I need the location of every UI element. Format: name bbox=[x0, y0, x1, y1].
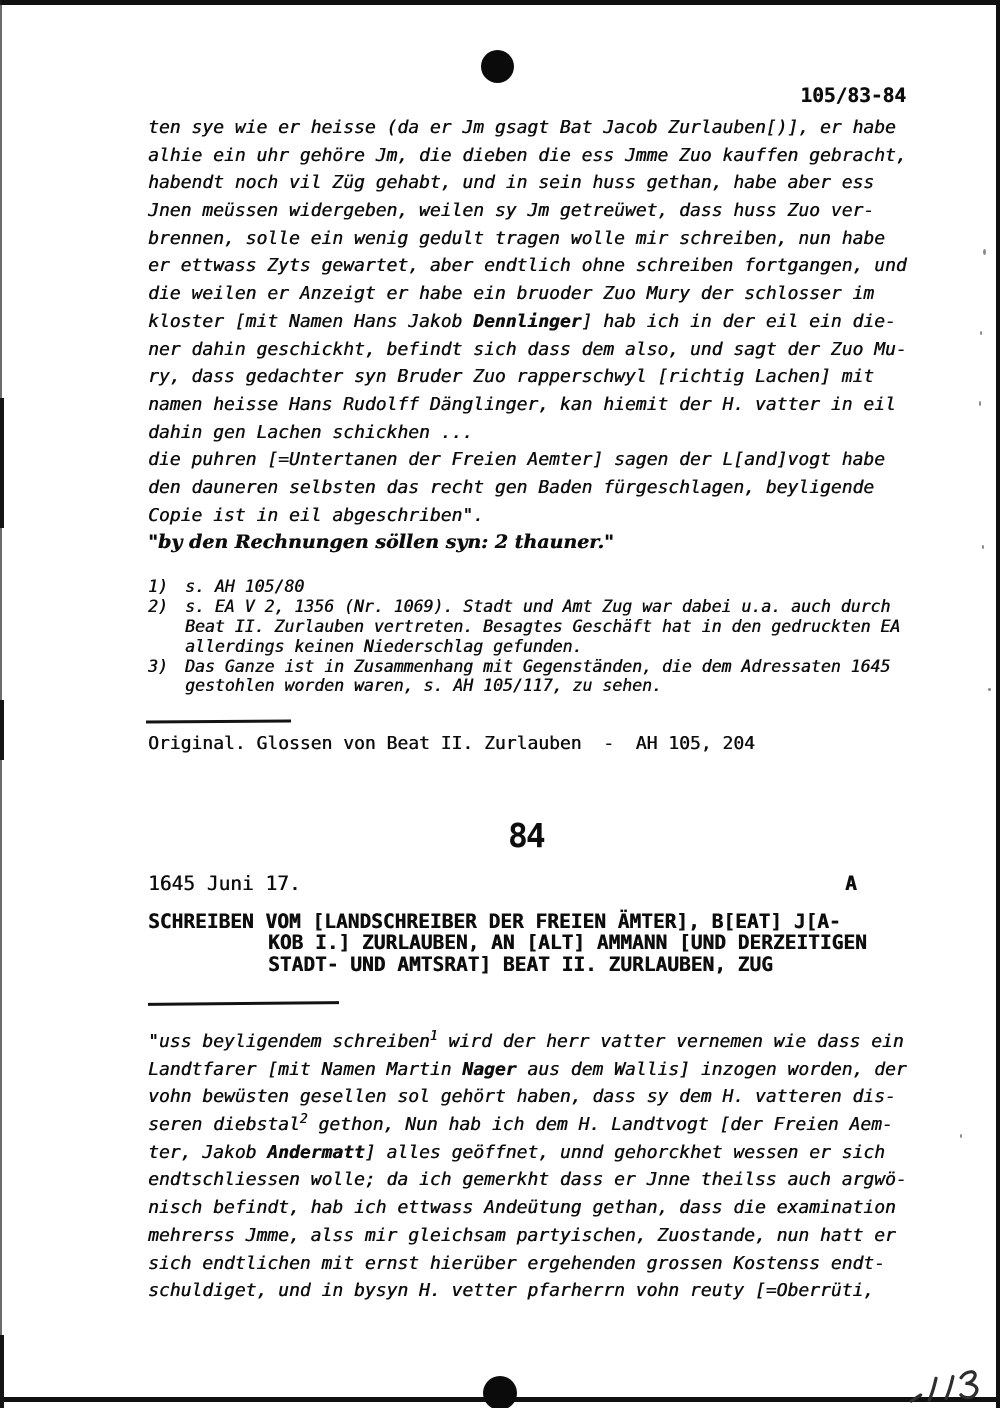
text-line: brennen, solle ein wenig gedult tragen w… bbox=[148, 225, 938, 253]
scan-speck bbox=[960, 1134, 962, 1138]
entry-number: 84 bbox=[508, 816, 544, 855]
paragraph-transcription-1: ten sye wie er heisse (da er Jm gsagt Ba… bbox=[148, 114, 938, 557]
text-line: seren diebstal2 gethon, Nun hab ich dem … bbox=[148, 1111, 948, 1139]
scan-border-left-blotch bbox=[0, 398, 4, 528]
scan-border-left-blotch bbox=[0, 1335, 4, 1408]
text-line: kloster [mit Namen Hans Jakob Dennlinger… bbox=[148, 308, 938, 336]
text-line: die puhren [=Untertanen der Freien Aemte… bbox=[148, 446, 938, 474]
text-line: endtschliessen wolle; da ich gemerkht da… bbox=[148, 1166, 948, 1194]
scan-border-left-blotch bbox=[0, 700, 4, 760]
text-line: ten sye wie er heisse (da er Jm gsagt Ba… bbox=[148, 114, 938, 142]
heading-line: STADT- UND AMTSRAT] BEAT II. ZURLAUBEN, … bbox=[148, 954, 948, 975]
punch-hole-top-icon bbox=[481, 50, 514, 83]
text-line: sich endtlichen mit ernst hierüber ergeh… bbox=[148, 1250, 948, 1278]
text-line: gestohlen worden waren, s. AH 105/117, z… bbox=[185, 676, 948, 696]
text-line: Das Ganze ist in Zusammenhang mit Gegens… bbox=[185, 657, 948, 677]
scan-border-right bbox=[996, 0, 1000, 1408]
footnote-number: 2) bbox=[148, 597, 185, 657]
footnote-number: 1) bbox=[148, 577, 185, 597]
date-row: 1645 Juni 17. A bbox=[148, 872, 908, 895]
text-line: alhie ein uhr gehöre Jm, die dieben die … bbox=[148, 142, 938, 170]
paragraph-transcription-2: "uss beyligendem schreiben1 wird der her… bbox=[148, 1028, 948, 1305]
text-line: nisch befindt, hab ich ettwass Andeütung… bbox=[148, 1194, 948, 1222]
text-line: Copie ist in eil abgeschriben". bbox=[148, 502, 938, 530]
text-line: s. AH 105/80 bbox=[185, 577, 948, 597]
footnote-number: 3) bbox=[148, 657, 185, 697]
text-line: ter, Jakob Andermatt] alles geöffnet, un… bbox=[148, 1139, 948, 1167]
entry-date: 1645 Juni 17. bbox=[148, 872, 301, 895]
handwriting-113-icon bbox=[904, 1362, 994, 1408]
handwritten-page-mark bbox=[904, 1362, 994, 1408]
entry-heading: SCHREIBEN VOM [LANDSCHREIBER DER FREIEN … bbox=[148, 911, 948, 975]
bold-name: Andermatt bbox=[267, 1142, 365, 1163]
text-line: allerdings keinen Niederschlag gefunden. bbox=[185, 637, 948, 657]
footnote-marker: 2 bbox=[300, 1112, 308, 1127]
text-line: den dauneren selbsten das recht gen Bade… bbox=[148, 474, 938, 502]
page-number: 105/83-84 bbox=[800, 84, 906, 107]
text-line: er ettwass Zyts gewartet, aber endtlich … bbox=[148, 252, 938, 280]
text-line: die weilen er Anzeigt er habe ein bruode… bbox=[148, 280, 938, 308]
heading-line: KOB I.] ZURLAUBEN, AN [ALT] AMMANN [UND … bbox=[148, 932, 948, 953]
scan-border-top bbox=[0, 0, 1000, 5]
scan-speck bbox=[988, 688, 991, 691]
scan-speck bbox=[982, 545, 984, 549]
divider-rule-1 bbox=[146, 719, 291, 723]
text-line: Landtfarer [mit Namen Martin Nager aus d… bbox=[148, 1056, 948, 1084]
text-line: ry, dass gedachter syn Bruder Zuo rapper… bbox=[148, 363, 938, 391]
text-line: schuldiget, und in bysyn H. vetter pfarh… bbox=[148, 1277, 948, 1305]
heading-line: SCHREIBEN VOM [LANDSCHREIBER DER FREIEN … bbox=[148, 911, 948, 932]
text-line: Jnen meüssen widergeben, weilen sy Jm ge… bbox=[148, 197, 938, 225]
footnote: 3) Das Ganze ist in Zusammenhang mit Geg… bbox=[148, 657, 948, 697]
text-line: Beat II. Zurlauben vertreten. Besagtes G… bbox=[185, 617, 948, 637]
document-page: 105/83-84 ten sye wie er heisse (da er J… bbox=[0, 0, 1000, 1408]
bold-name: Dennlinger bbox=[473, 311, 581, 332]
text-line: dahin gen Lachen schickhen ... bbox=[148, 419, 938, 447]
text-line: s. EA V 2, 1356 (Nr. 1069). Stadt und Am… bbox=[185, 597, 948, 617]
text-line: "uss beyligendem schreiben1 wird der her… bbox=[148, 1028, 948, 1056]
scan-speck bbox=[980, 331, 982, 335]
bold-name: Nager bbox=[462, 1059, 516, 1080]
footnotes-block: 1) s. AH 105/80 2) s. EA V 2, 1356 (Nr. … bbox=[148, 577, 948, 696]
text-line: ner dahin geschickht, befindt sich dass … bbox=[148, 336, 938, 364]
footnote-marker: 1 bbox=[430, 1029, 438, 1044]
text-line: mehrerss Jmme, alss mir gleichsam partyi… bbox=[148, 1222, 948, 1250]
footnote: 1) s. AH 105/80 bbox=[148, 577, 948, 597]
scan-speck bbox=[983, 249, 986, 255]
corner-letter: A bbox=[845, 872, 857, 895]
text-line: namen heisse Hans Rudolff Dänglinger, ka… bbox=[148, 391, 938, 419]
divider-rule-2 bbox=[148, 1001, 339, 1006]
punch-hole-bottom-icon bbox=[483, 1376, 517, 1408]
scan-speck bbox=[979, 401, 981, 406]
text-line: habendt noch vil Züg gehabt, und in sein… bbox=[148, 169, 938, 197]
footnote: 2) s. EA V 2, 1356 (Nr. 1069). Stadt und… bbox=[148, 597, 948, 657]
source-reference-line: Original. Glossen von Beat II. Zurlauben… bbox=[148, 733, 755, 754]
handwritten-quote-line: "by den Rechnungen söllen syn: 2 thauner… bbox=[148, 529, 938, 557]
text-line: vohn bewüsten gesellen sol gehört haben,… bbox=[148, 1083, 948, 1111]
